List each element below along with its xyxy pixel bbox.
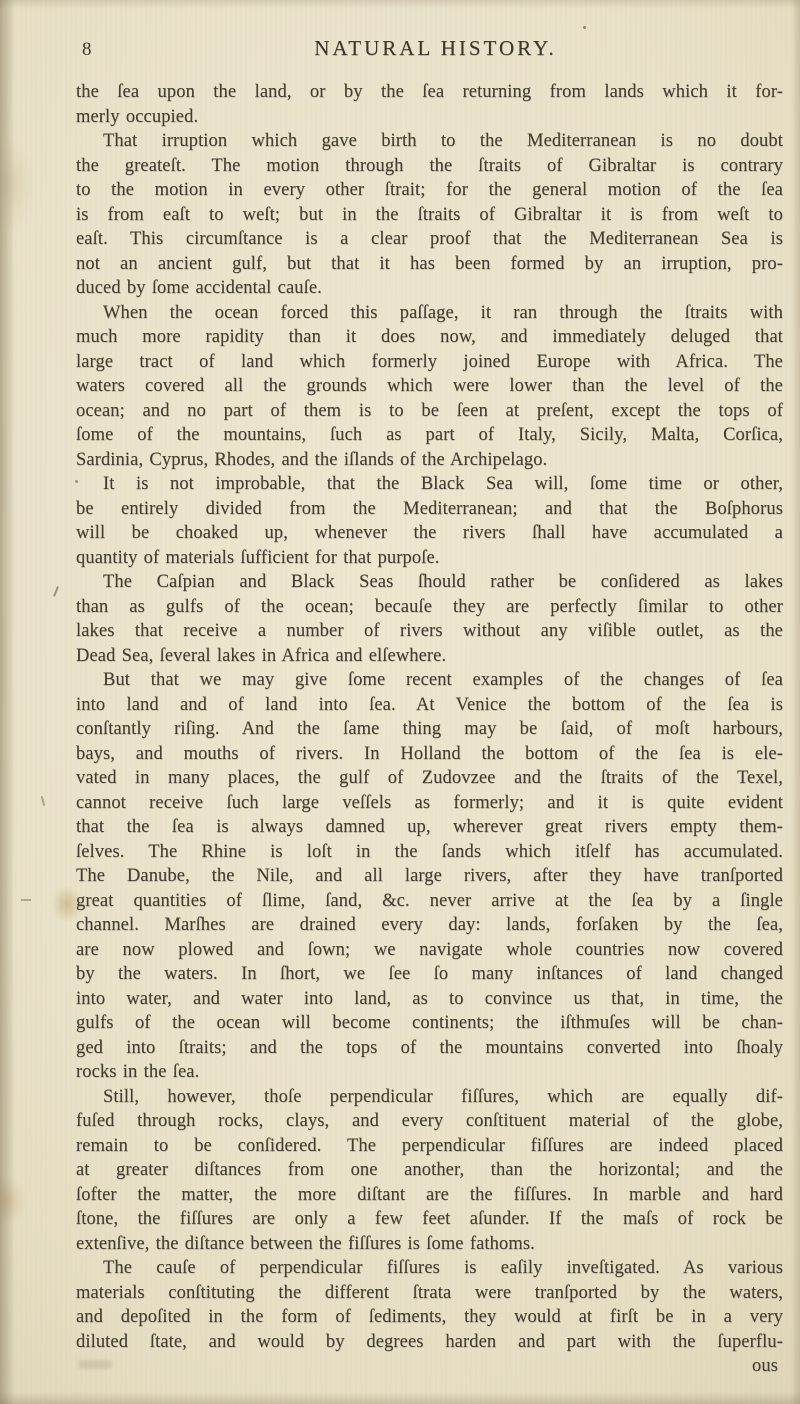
- text-line: It is not improbable, that the Black Sea…: [76, 472, 783, 497]
- text-line: is from eaſt to weſt; but in the ſtraits…: [76, 203, 783, 228]
- text-line: Still, however, thoſe perpendicular fiſſ…: [76, 1085, 783, 1110]
- text-line: bays, and mouths of rivers. In Holland t…: [76, 742, 783, 767]
- text-line: cannot receive ſuch large veſſels as for…: [76, 791, 783, 816]
- page-header: 8 NATURAL HISTORY.: [76, 36, 783, 64]
- running-title: NATURAL HISTORY.: [76, 36, 783, 61]
- text-line: The cauſe of perpendicular fiſſures is e…: [76, 1256, 783, 1281]
- text-line: duced by ſome accidental cauſe.: [76, 276, 783, 301]
- text-line: will be choaked up, whenever the rivers …: [76, 521, 783, 546]
- paragraph: That irruption which gave birth to the M…: [76, 129, 783, 301]
- text-line: into water, and water into land, as to c…: [76, 987, 783, 1012]
- text-line: ocean; and no part of them is to be ſeen…: [76, 399, 783, 424]
- text-line: ged into ſtraits; and the tops of the mo…: [76, 1036, 783, 1061]
- text-line: Sardinia, Cyprus, Rhodes, and the iſland…: [76, 448, 783, 473]
- text-line: When the ocean forced this paſſage, it r…: [76, 301, 783, 326]
- paragraph: the ſea upon the land, or by the ſea ret…: [76, 80, 783, 129]
- text-line: merly occupied.: [76, 105, 783, 130]
- text-line: not an ancient gulf, but that it has bee…: [76, 252, 783, 277]
- text-line: conſtantly riſing. And the ſame thing ma…: [76, 717, 783, 742]
- text-line: But that we may give ſome recent example…: [76, 668, 783, 693]
- text-line: vated in many places, the gulf of Zudovz…: [76, 766, 783, 791]
- text-line: Dead Sea, ſeveral lakes in Africa and el…: [76, 644, 783, 669]
- text-line: large tract of land which formerly joine…: [76, 350, 783, 375]
- text-line: lakes that receive a number of rivers wi…: [76, 619, 783, 644]
- text-line: That irruption which gave birth to the M…: [76, 129, 783, 154]
- text-line: ſtone, the fiſſures are only a few feet …: [76, 1207, 783, 1232]
- text-line: than as gulfs of the ocean; becauſe they…: [76, 595, 783, 620]
- text-line: diluted ſtate, and would by degrees hard…: [76, 1330, 783, 1355]
- text-line: gulfs of the ocean will become continent…: [76, 1011, 783, 1036]
- text-line: extenſive, the diſtance between the fiſſ…: [76, 1232, 783, 1257]
- text-line: into land and of land into ſea. At Venic…: [76, 693, 783, 718]
- text-line: and depoſited in the form of ſediments, …: [76, 1305, 783, 1330]
- text-line: remain to be conſidered. The perpendicul…: [76, 1134, 783, 1159]
- text-line: waters covered all the grounds which wer…: [76, 374, 783, 399]
- text-line: materials conſtituting the different ſtr…: [76, 1281, 783, 1306]
- text-line: are now plowed and ſown; we navigate who…: [76, 938, 783, 963]
- paragraph: It is not improbable, that the Black Sea…: [76, 472, 783, 570]
- text-line: the ſea upon the land, or by the ſea ret…: [76, 80, 783, 105]
- text-line: fuſed through rocks, clays, and every co…: [76, 1109, 783, 1134]
- paragraph: The cauſe of perpendicular fiſſures is e…: [76, 1256, 783, 1354]
- text-line: by the waters. In ſhort, we ſee ſo many …: [76, 962, 783, 987]
- catchword: ous: [76, 1354, 783, 1379]
- text-line: ſelves. The Rhine is loſt in the ſands w…: [76, 840, 783, 865]
- text-line: channel. Marſhes are drained every day: …: [76, 913, 783, 938]
- text-line: the greateſt. The motion through the ſtr…: [76, 154, 783, 179]
- paragraph: Still, however, thoſe perpendicular fiſſ…: [76, 1085, 783, 1257]
- text-line: that the ſea is always damned up, wherev…: [76, 815, 783, 840]
- book-page-scan: { "page": { "number": "8", "header_title…: [0, 0, 800, 1404]
- text-line: much more rapidity than it does now, and…: [76, 325, 783, 350]
- text-line: The Danube, the Nile, and all large rive…: [76, 864, 783, 889]
- text-line: be entirely divided from the Mediterrane…: [76, 497, 783, 522]
- text-line: to the motion in every other ſtrait; for…: [76, 178, 783, 203]
- paragraph: The Caſpian and Black Seas ſhould rather…: [76, 570, 783, 668]
- paragraph: But that we may give ſome recent example…: [76, 668, 783, 1085]
- text-line: The Caſpian and Black Seas ſhould rather…: [76, 570, 783, 595]
- paragraph: When the ocean forced this paſſage, it r…: [76, 301, 783, 473]
- text-line: rocks in the ſea.: [76, 1060, 783, 1085]
- text-line: quantity of materials ſufficient for tha…: [76, 546, 783, 571]
- page-body: the ſea upon the land, or by the ſea ret…: [76, 80, 783, 1379]
- text-line: eaſt. This circumſtance is a clear proof…: [76, 227, 783, 252]
- text-line: at greater diſtances from one another, t…: [76, 1158, 783, 1183]
- text-line: ſome of the mountains, ſuch as part of I…: [76, 423, 783, 448]
- text-line: ſofter the matter, the more diſtant are …: [76, 1183, 783, 1208]
- text-line: great quantities of ſlime, ſand, &c. nev…: [76, 889, 783, 914]
